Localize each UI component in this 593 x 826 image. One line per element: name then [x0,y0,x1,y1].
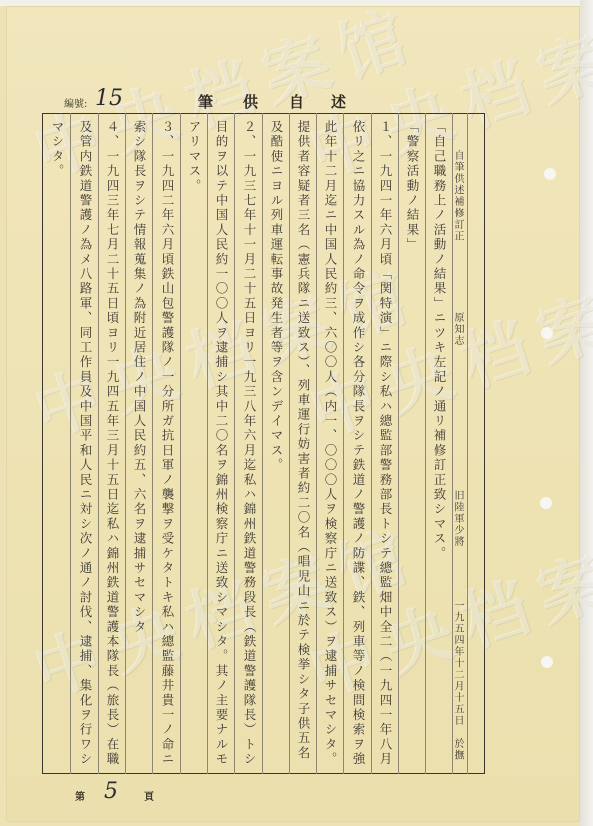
title-char: 筆 [198,91,213,112]
binding-hole [541,327,553,339]
page-suffix: 頁 [144,788,154,803]
manuscript-column: 及管内鉄道警護ノ為メ八路軍、同工作員及中国平和人民ニ対シ次ノ通ノ討伐、逮捕、集化… [71,120,97,770]
manuscript-column: ４、一九四三年七月二十五日頃ヨリ一九四五年三月十五日迄私ハ錦州鉄道警護本隊長（旅… [99,120,124,770]
title-char: 供 [243,91,258,112]
manuscript-column: 依リ之ニ協力スル為ノ命令ヲ成作シ各分隊長ヲシテ鉄道ノ警護ノ防諜、鉄、列車等ノ検問… [344,120,370,770]
author-name: 原知志 [449,312,469,462]
serial-label: 編號: [64,95,87,110]
manuscript-column: 目的ヲ以テ中国人民約一〇〇人ヲ逮捕シ其中二〇名ヲ錦州検察庁ニ送致シマシタ。其ノ主… [208,120,233,770]
manuscript-column: 「警察活動ノ結果」 [399,120,424,770]
page-prefix: 第 [75,788,85,803]
page-number: 5 [104,779,118,804]
manuscript-column: ３、一九四二年六月頃鉄山包警護隊ノ一分所ガ抗日軍ノ襲撃ヲ受ケタトキ私ハ總監藤井貴… [153,120,179,770]
manuscript-column: ２、一九三七年十一月二十五日ヨリ一九三八年六月迄私ハ錦州鉄道警務段長（鉄道警護隊… [235,120,261,770]
binding-hole [541,656,553,668]
binding-hole [540,497,552,509]
manuscript-column: １、一九四一年六月頃「関特演」ニ際シ私ハ總監部警務部長トシテ總監畑中全二（一九四… [372,120,397,770]
manuscript-column: 提供者容疑者三名（憲兵隊ニ送致ス）、列車運行妨害者約二〇名（唱児山ニ於テ検挙シタ… [290,120,315,770]
manuscript-column: マシタ。 [43,120,69,770]
signature-title: 自筆供述補修訂正 [449,150,469,300]
signature-date: 一九五四年十二月十五日 於撫順市 [449,600,469,765]
manuscript-column: 「自己職務上ノ活動ノ結果」ニツキ左記ノ通リ補修訂正致シマス。 [426,120,451,770]
manuscript-column: 及酷使ニヨル列車運転事故発生者等ヲ含ンデイマス。 [263,120,288,770]
manuscript-column: アリマス。 [181,120,206,770]
scan-right-edge [580,0,593,826]
serial-number: 15 [95,86,123,111]
binding-hole [544,168,556,180]
manuscript-column: 索シ隊長ヲシテ情報蒐集ノ為附近居住ノ中国人民約五、六名ヲ逮捕サセマシタ [126,120,151,770]
manuscript-column: 此年十二月迄ニ中国人民約三、六〇〇人（内一、〇〇〇人ヲ検察庁ニ送致ス）ヲ逮捕サセ… [317,120,342,770]
title-char: 述 [331,91,346,112]
title-char: 自 [289,91,304,112]
